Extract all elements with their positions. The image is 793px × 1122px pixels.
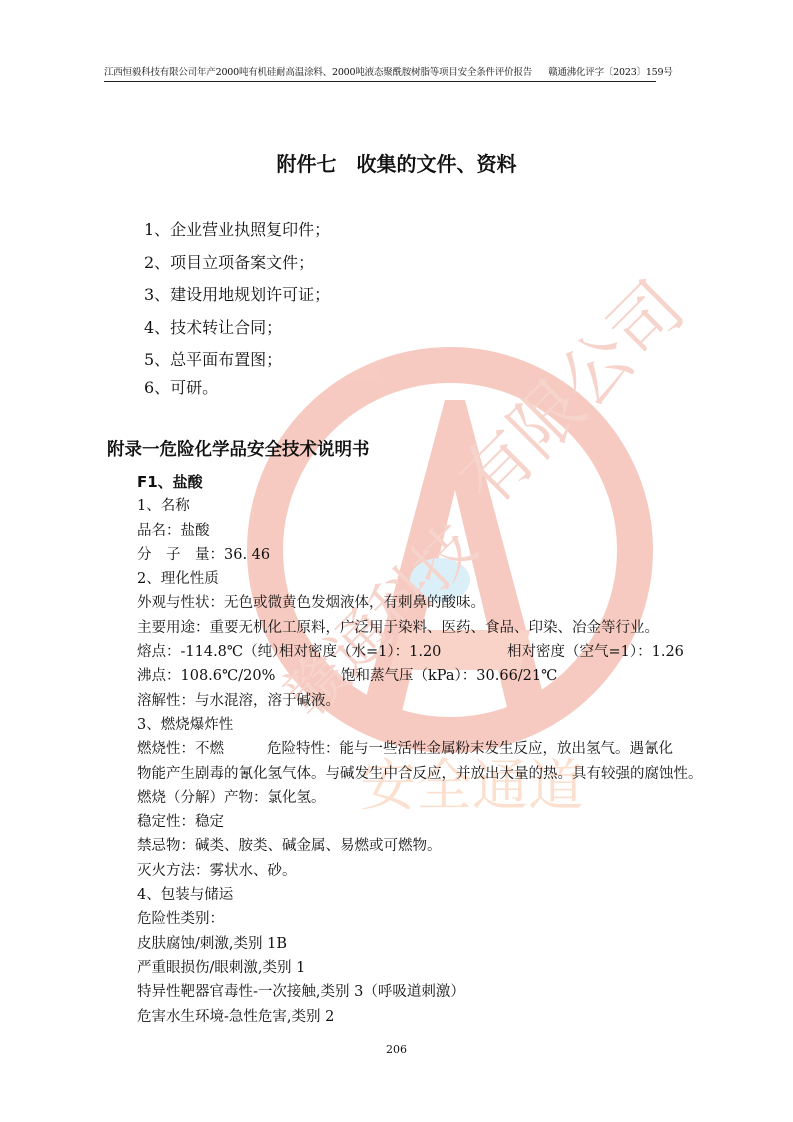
list-item: 5、总平面布置图； [144, 344, 330, 377]
class-skin: 皮肤腐蚀/刺激,类别 1B [137, 932, 747, 956]
list-item: 3、建设用地规划许可证； [144, 279, 330, 312]
density-row: 熔点：-114.8℃（纯）相对密度（水=1）：1.20相对密度（空气=1）：1.… [137, 640, 747, 664]
boiling-point: 沸点：108.6℃/20% [137, 664, 341, 688]
incompatible: 禁忌物：碱类、胺类、碱金属、易燃或可燃物。 [137, 834, 747, 858]
molecular-weight: 分 子 量：36. 46 [137, 543, 747, 567]
list-item: 2、项目立项备案文件； [144, 247, 330, 280]
flammability: 燃烧性：不燃 [137, 737, 267, 761]
page-header: 江西恒毅科技有限公司年产2000吨有机硅耐高温涂料、2000吨液态聚酰胺树脂等项… [104, 64, 656, 82]
page-number: 206 [0, 1043, 793, 1056]
hazard-continued: 物能产生剧毒的氰化氢气体。与碱发生中合反应，并放出大量的热。具有较强的腐蚀性。 [137, 762, 747, 786]
relative-density-water: 相对密度（水=1）：1.20 [279, 640, 507, 664]
vapor-pressure: 饱和蒸气压（kPa）：30.66/21℃ [341, 668, 557, 684]
report-title: 江西恒毅科技有限公司年产2000吨有机硅耐高温涂料、2000吨液态聚酰胺树脂等项… [104, 67, 532, 78]
props-heading: 2、理化性质 [137, 567, 747, 591]
combustion-products: 燃烧（分解）产物：氯化氢。 [137, 786, 747, 810]
class-stot: 特异性靶器官毒性-一次接触,类别 3（呼吸道刺激） [137, 980, 747, 1004]
name-heading: 1、名称 [137, 494, 747, 518]
hazard-class-label: 危险性类别： [137, 907, 747, 931]
list-item: 1、企业营业执照复印件； [144, 214, 330, 247]
section-heading: F1、盐酸 [137, 470, 747, 494]
usage: 主要用途：重要无机化工原料，广泛用于染料、医药、食品、印染、冶金等行业。 [137, 616, 747, 640]
list-item: 4、技术转让合同； [144, 312, 330, 345]
solubility: 溶解性：与水混溶，溶于碱液。 [137, 689, 747, 713]
hazard-row: 燃烧性：不燃危险特性：能与一些活性金属粉末发生反应，放出氢气。遇氰化 [137, 737, 747, 761]
extinguishing: 灭火方法：雾状水、砂。 [137, 859, 747, 883]
report-number: 赣通沸化评字〔2023〕159号 [548, 67, 673, 78]
product-name: 品名：盐酸 [137, 519, 747, 543]
boiling-row: 沸点：108.6℃/20%饱和蒸气压（kPa）：30.66/21℃ [137, 664, 747, 688]
stability: 稳定性：稳定 [137, 810, 747, 834]
hazard-properties-cont: 物能产生剧毒的氰化氢气体。与碱发生中合反应，并放出大量的热。具有较强的腐蚀性。 [137, 766, 703, 782]
class-aquatic: 危害水生环境-急性危害,类别 2 [137, 1005, 747, 1029]
relative-density-air: 相对密度（空气=1）：1.26 [507, 644, 684, 660]
document-list: 1、企业营业执照复印件； 2、项目立项备案文件； 3、建设用地规划许可证； 4、… [144, 214, 330, 399]
msds-body: F1、盐酸 1、名称 品名：盐酸 分 子 量：36. 46 2、理化性质 外观与… [137, 470, 747, 1029]
class-eye: 严重眼损伤/眼刺激,类别 1 [137, 956, 747, 980]
hazard-properties: 危险特性：能与一些活性金属粉末发生反应，放出氢气。遇氰化 [267, 741, 673, 757]
list-item: 6、可研。 [144, 377, 330, 399]
appendix-title: 附录一危险化学品安全技术说明书 [107, 436, 370, 461]
appearance: 外观与性状：无色或微黄色发烟液体，有刺鼻的酸味。 [137, 591, 747, 615]
packaging-heading: 4、包装与储运 [137, 883, 747, 907]
melting-point: 熔点：-114.8℃（纯） [137, 640, 279, 664]
attachment-title: 附件七 收集的文件、资料 [0, 148, 793, 177]
fire-heading: 3、燃烧爆炸性 [137, 713, 747, 737]
